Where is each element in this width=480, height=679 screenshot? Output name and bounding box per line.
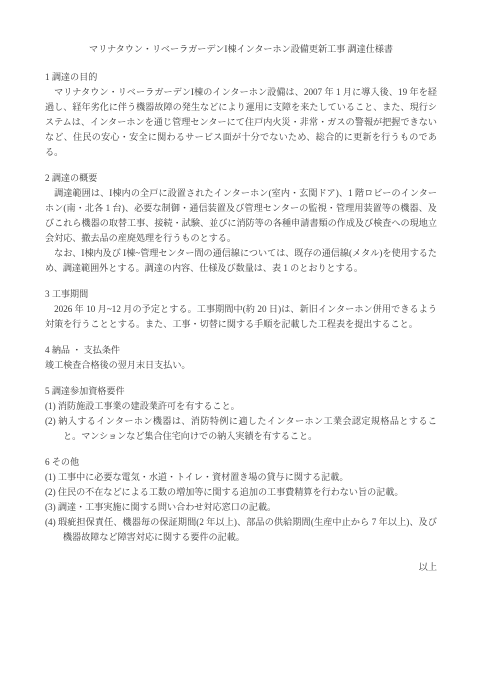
- section-overview: 2 調達の概要 調達範囲は、I棟内の全戸に設置されたインターホン(室内・玄関ドア…: [45, 171, 437, 276]
- section-heading: 4 納品 ・ 支払条件: [45, 343, 437, 358]
- paragraph: 竣工検査合格後の翌月末日支払い。: [45, 358, 437, 373]
- list-item: (1) 消防施設工事業の建設業許可を有すること。: [45, 399, 437, 414]
- document-page: マリナタウン・リベーラガーデンI棟インターホン設備更新工事 調達仕様書 1 調達…: [0, 0, 480, 679]
- section-other: 6 その他 (1) 工事中に必要な電気・水道・トイレ・資材置き場の貸与に関する記…: [45, 455, 437, 545]
- section-heading: 1 調達の目的: [45, 70, 437, 85]
- paragraph: 2026 年 10 月~12 月の予定とする。工事期間中(約 20 日)は、新旧…: [45, 302, 437, 332]
- list-item: (3) 調達・工事実施に関する問い合わせ対応窓口の記載。: [45, 500, 437, 515]
- section-heading: 6 その他: [45, 455, 437, 470]
- section-heading: 5 調達参加資格要件: [45, 384, 437, 399]
- closing-mark: 以上: [45, 560, 437, 575]
- section-delivery-payment: 4 納品 ・ 支払条件 竣工検査合格後の翌月末日支払い。: [45, 343, 437, 373]
- section-heading: 2 調達の概要: [45, 171, 437, 186]
- section-purpose: 1 調達の目的 マリナタウン・リベーラガーデンI棟のインターホン設備は、2007…: [45, 70, 437, 160]
- section-construction-period: 3 工事期間 2026 年 10 月~12 月の予定とする。工事期間中(約 20…: [45, 287, 437, 332]
- paragraph: マリナタウン・リベーラガーデンI棟のインターホン設備は、2007 年 1 月に導…: [45, 85, 437, 160]
- section-qualification-requirements: 5 調達参加資格要件 (1) 消防施設工事業の建設業許可を有すること。 (2) …: [45, 384, 437, 444]
- document-title: マリナタウン・リベーラガーデンI棟インターホン設備更新工事 調達仕様書: [45, 42, 437, 57]
- list-item: (4) 瑕疵担保責任、機器毎の保証期間(2 年以上)、部品の供給期間(生産中止か…: [45, 515, 437, 545]
- list-item: (1) 工事中に必要な電気・水道・トイレ・資材置き場の貸与に関する記載。: [45, 470, 437, 485]
- paragraph: なお、I棟内及び I棟~管理センター間の通信線については、既存の通信線(メタル)…: [45, 246, 437, 276]
- section-heading: 3 工事期間: [45, 287, 437, 302]
- list-item: (2) 住民の不在などによる工数の増加等に関する追加の工事費精算を行わない旨の記…: [45, 485, 437, 500]
- list-item: (2) 納入するインターホン機器は、消防特例に適したインターホン工業会認定規格品…: [45, 414, 437, 444]
- paragraph: 調達範囲は、I棟内の全戸に設置されたインターホン(室内・玄関ドア)、1 階ロビー…: [45, 186, 437, 246]
